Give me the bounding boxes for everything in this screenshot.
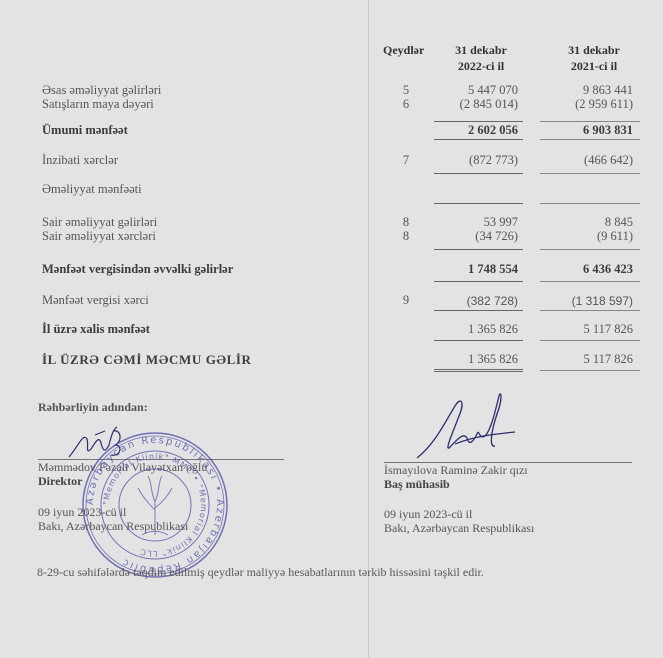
accountant-name: İsmayılova Raminə Zakir qızı bbox=[384, 463, 528, 478]
row-value-2021: (9 611) bbox=[540, 229, 633, 244]
subtotal-rule bbox=[540, 281, 640, 282]
row-label: Əsas əməliyyat gəlirləri bbox=[42, 83, 161, 98]
row-label: Mənfəət vergisi xərci bbox=[42, 293, 149, 308]
row-label: Əməliyyat mənfəəti bbox=[42, 182, 142, 197]
accountant-place: Bakı, Azərbaycan Respublikası bbox=[384, 521, 534, 536]
column-header-2021-year: 2021-ci il bbox=[548, 58, 640, 74]
row-note: 6 bbox=[396, 97, 416, 112]
row-note: 7 bbox=[396, 153, 416, 168]
subtotal-rule bbox=[434, 310, 523, 311]
row-label: İnzibati xərclər bbox=[42, 153, 118, 168]
accountant-date: 09 iyun 2023-cü il bbox=[384, 507, 472, 522]
total-rule bbox=[540, 370, 640, 371]
row-label: Ümumi mənfəət bbox=[42, 123, 128, 138]
subtotal-rule bbox=[540, 139, 640, 140]
row-label-total: İL ÜZRƏ CƏMİ MƏCMU GƏLİR bbox=[42, 352, 252, 368]
row-value-2022-total: 1 365 826 bbox=[430, 352, 518, 367]
row-value-2021: 5 117 826 bbox=[540, 322, 633, 337]
subtotal-rule bbox=[540, 173, 640, 174]
row-note: 8 bbox=[396, 229, 416, 244]
row-value-2021: 9 863 441 bbox=[540, 83, 633, 98]
column-header-2021: 31 dekabr 2021-ci il bbox=[548, 42, 640, 74]
accountant-title: Baş mühasib bbox=[384, 477, 450, 492]
subtotal-rule bbox=[540, 121, 640, 122]
subtotal-rule bbox=[434, 173, 523, 174]
notes-column-header: Qeydlər bbox=[383, 42, 424, 58]
row-note: 8 bbox=[396, 215, 416, 230]
row-value-2022: 2 602 056 bbox=[430, 123, 518, 138]
row-value-2021-total: 5 117 826 bbox=[540, 352, 633, 367]
footer-note: 8-29-cu səhifələrdə təqdim edilmiş qeydl… bbox=[37, 565, 484, 580]
row-value-2022: 1 748 554 bbox=[430, 262, 518, 277]
row-value-2022: (34 726) bbox=[430, 229, 518, 244]
row-value-2021: 8 845 bbox=[540, 215, 633, 230]
accountant-signature-icon bbox=[415, 392, 525, 462]
subtotal-rule bbox=[540, 340, 640, 341]
column-header-2021-date: 31 dekabr bbox=[548, 42, 640, 58]
row-label: Mənfəət vergisindən əvvəlki gəlirlər bbox=[42, 262, 233, 277]
row-value-2022: 1 365 826 bbox=[430, 322, 518, 337]
subtotal-rule bbox=[434, 340, 523, 341]
page-fold-divider bbox=[368, 0, 369, 658]
subtotal-rule bbox=[434, 281, 523, 282]
row-value-2021: (466 642) bbox=[540, 153, 633, 168]
row-value-2022: 5 447 070 bbox=[430, 83, 518, 98]
row-label: Satışların maya dəyəri bbox=[42, 97, 154, 112]
on-behalf-label: Rəhbərliyin adından: bbox=[38, 400, 148, 415]
subtotal-rule bbox=[434, 249, 523, 250]
director-title: Direktor bbox=[38, 474, 82, 489]
column-header-2022-date: 31 dekabr bbox=[436, 42, 526, 58]
subtotal-rule bbox=[434, 121, 523, 122]
row-label: Sair əməliyyat xərcləri bbox=[42, 229, 156, 244]
subtotal-rule bbox=[540, 249, 640, 250]
row-value-2021: (2 959 611) bbox=[540, 97, 633, 112]
row-label: Sair əməliyyat gəlirləri bbox=[42, 215, 157, 230]
row-value-2021: 6 903 831 bbox=[540, 123, 633, 138]
subtotal-rule bbox=[540, 310, 640, 311]
row-note: 5 bbox=[396, 83, 416, 98]
row-value-2022: (382 728) bbox=[430, 294, 518, 308]
row-note: 9 bbox=[396, 293, 416, 308]
column-header-2022: 31 dekabr 2022-ci il bbox=[436, 42, 526, 74]
company-stamp-icon: Azərbaycan Respublikası • Azerbaijan Rep… bbox=[80, 430, 230, 580]
column-header-2022-year: 2022-ci il bbox=[436, 58, 526, 74]
row-value-2022: (2 845 014) bbox=[430, 97, 518, 112]
row-value-2022: 53 997 bbox=[430, 215, 518, 230]
subtotal-rule bbox=[434, 139, 523, 140]
total-double-rule bbox=[434, 369, 523, 372]
row-label: İl üzrə xalis mənfəət bbox=[42, 322, 150, 337]
row-value-2021: (1 318 597) bbox=[540, 294, 633, 308]
subtotal-rule bbox=[434, 203, 523, 204]
row-value-2021: 6 436 423 bbox=[540, 262, 633, 277]
row-value-2022: (872 773) bbox=[430, 153, 518, 168]
subtotal-rule bbox=[540, 203, 640, 204]
